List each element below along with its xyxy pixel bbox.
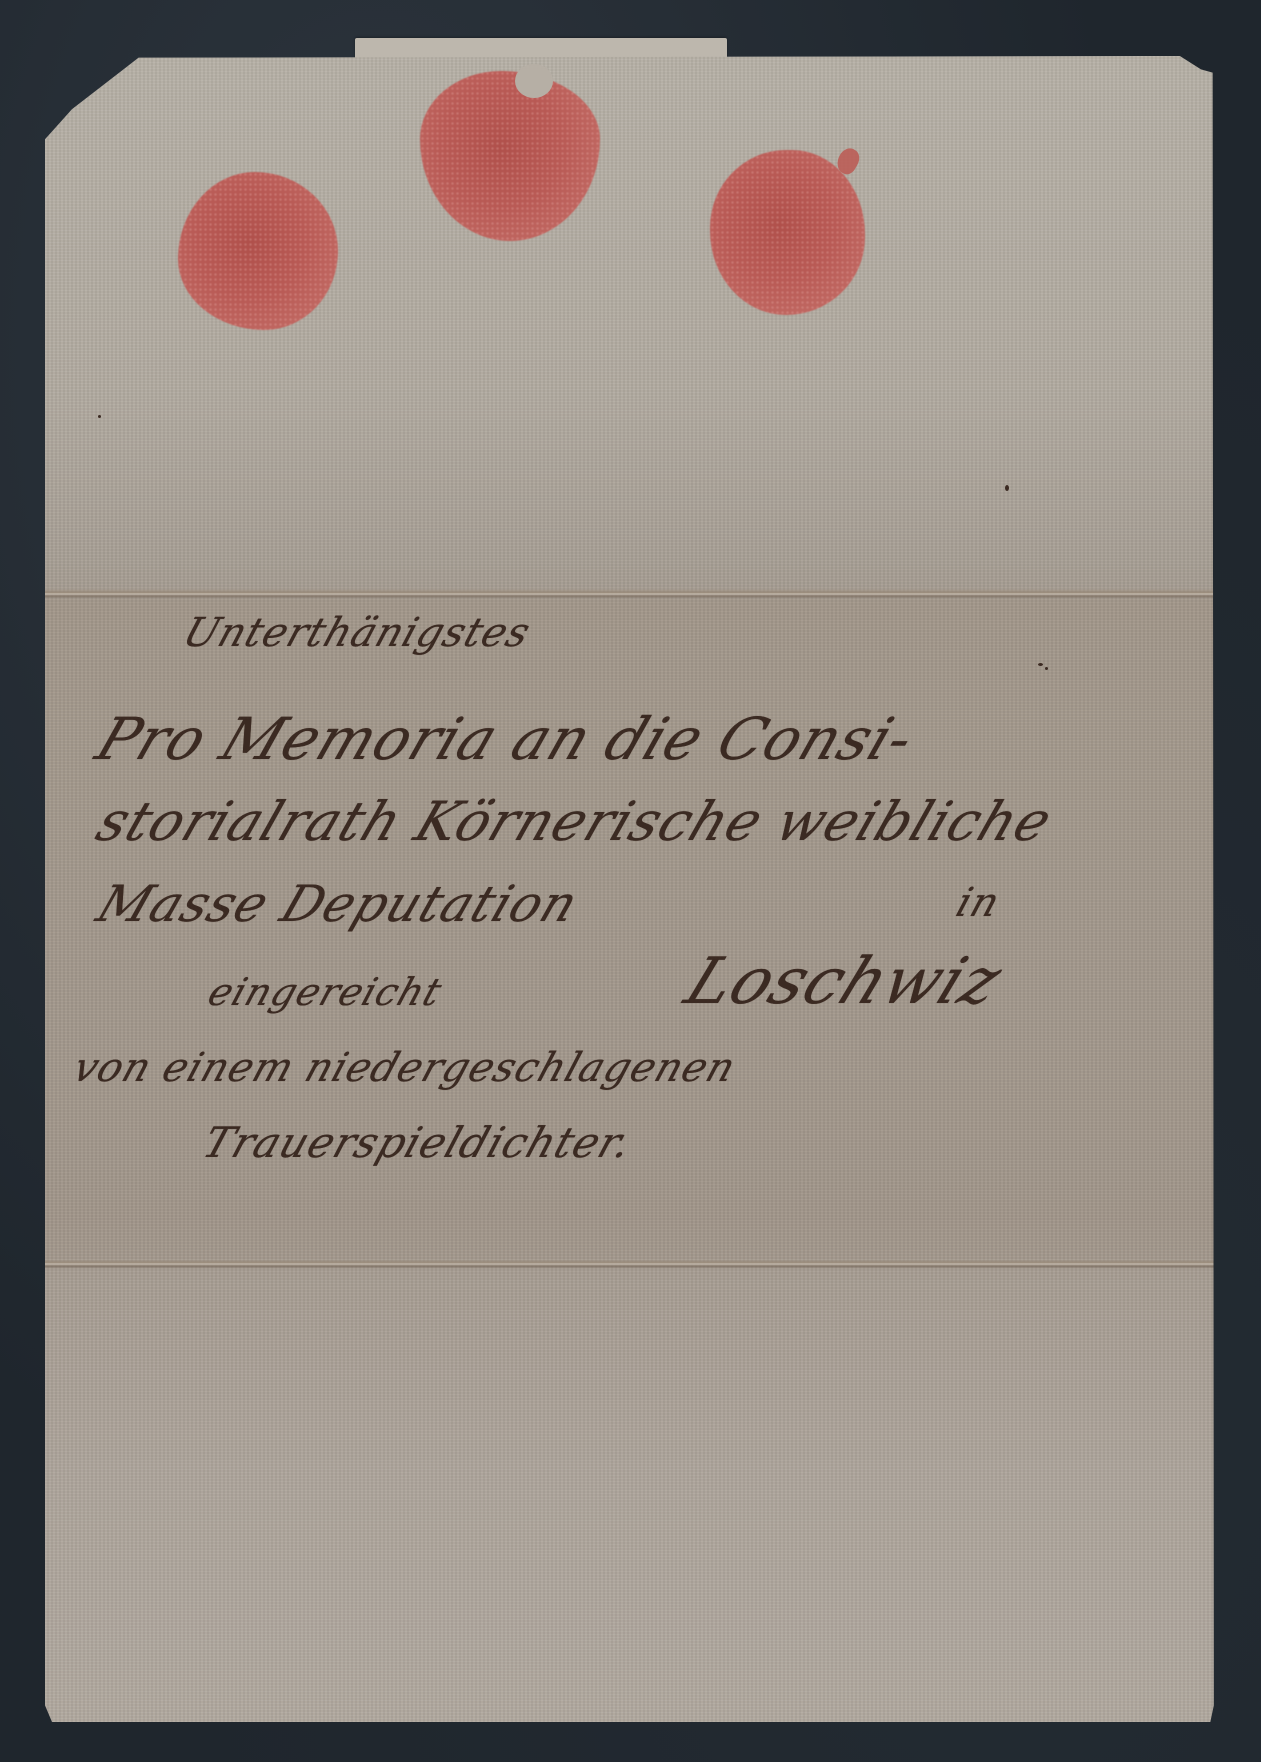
address-line-3: storialrath Körnerische weibliche: [89, 790, 1061, 853]
wax-seal-right: [710, 150, 865, 315]
address-line-5: eingereicht: [203, 970, 448, 1014]
address-line-6: von einem niedergeschlagenen: [68, 1045, 742, 1091]
ink-speck: [1045, 667, 1048, 670]
bottom-panel: [45, 1269, 1215, 1722]
address-line-2: Pro Memoria an die Consi-: [88, 705, 924, 773]
signature-line: Trauerspieldichter.: [197, 1118, 639, 1167]
place-name: Loschwiz: [675, 945, 1013, 1019]
wax-seal-left: [178, 172, 338, 330]
top-panel: [45, 56, 1215, 589]
salutation-line: Unterthänigstes: [178, 610, 537, 656]
address-line-4: Masse Deputation: [89, 875, 586, 933]
lower-fold-line: [45, 1259, 1215, 1269]
seal-center-notch: [515, 64, 553, 98]
ink-speck: [1038, 663, 1043, 666]
upper-fold-line: [45, 589, 1215, 599]
ink-speck: [98, 415, 101, 418]
ink-speck: [1005, 485, 1009, 491]
